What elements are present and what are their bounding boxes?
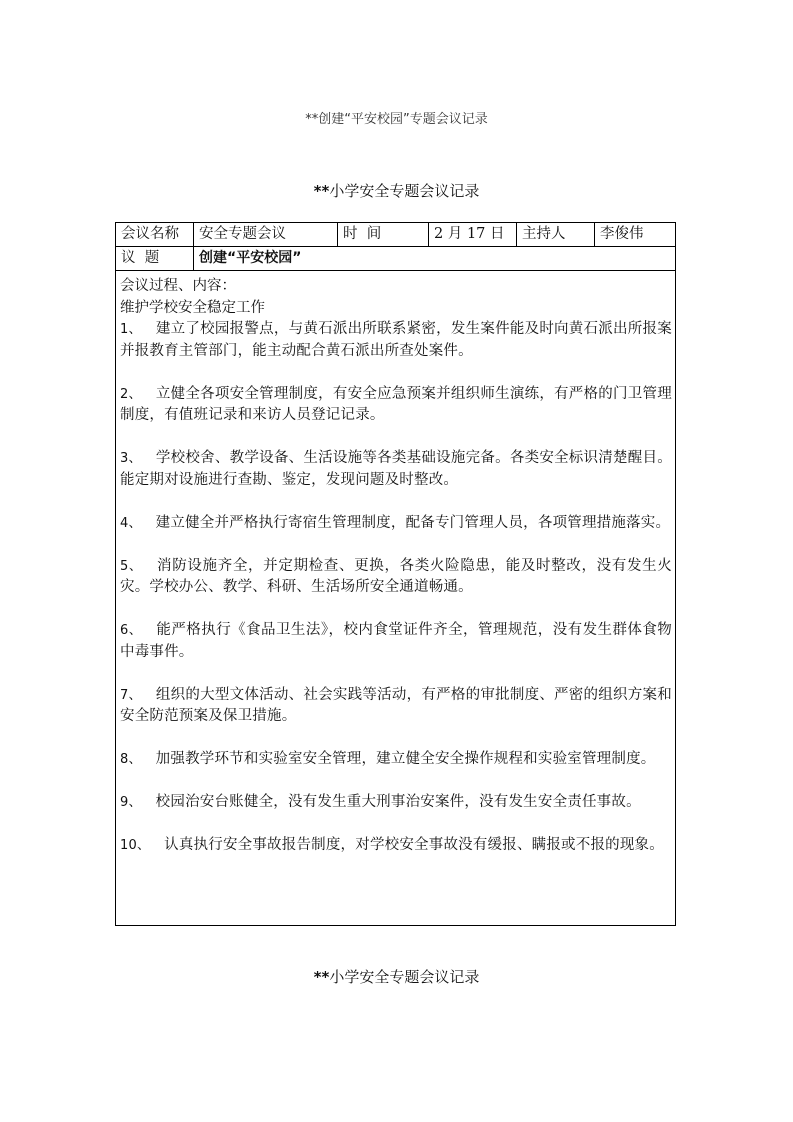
table-row-content: 会议过程、内容： 维护学校安全稳定工作 1、建立了校园报警点，与黄石派出所联系紧… <box>116 271 676 926</box>
title-prefix: ** <box>314 968 330 986</box>
next-page-title: **小学安全专题会议记录 <box>0 966 793 987</box>
table-row-meeting-info: 会议名称 安全专题会议 时 间 2 月 17 日 主持人 李俊伟 <box>116 223 676 247</box>
meeting-name-label: 会议名称 <box>116 223 194 247</box>
list-item: 7、组织的大型文体活动、社会实践等活动，有严格的审批制度、严密的组织方案和安全防… <box>120 685 672 728</box>
list-item: 3、学校校舍、教学设备、生活设施等各类基础设施完备。各类安全标识清楚醒目。能定期… <box>120 448 672 491</box>
subject-label: 议 题 <box>116 247 194 271</box>
list-item: 1、建立了校园报警点，与黄石派出所联系紧密，发生案件能及时向黄石派出所报案并报教… <box>120 319 672 362</box>
list-item: 5、消防设施齐全，并定期检查、更换，各类火险隐患，能及时整改，没有发生火灾。学校… <box>120 556 672 599</box>
content-subheading: 维护学校安全稳定工作 <box>120 298 672 320</box>
title-text: 小学安全专题会议记录 <box>329 968 479 986</box>
table-row-subject: 议 题 创建“平安校园” <box>116 247 676 271</box>
list-item: 6、能严格执行《食品卫生法》，校内食堂证件齐全，管理规范，没有发生群体食物中毒事… <box>120 620 672 663</box>
time-value: 2 月 17 日 <box>429 223 517 247</box>
host-value: 李俊伟 <box>595 223 676 247</box>
list-item: 9、校园治安台账健全，没有发生重大刑事治安案件，没有发生安全责任事故。 <box>120 792 672 814</box>
content-heading: 会议过程、内容： <box>120 276 672 298</box>
meeting-content-cell: 会议过程、内容： 维护学校安全稳定工作 1、建立了校园报警点，与黄石派出所联系紧… <box>116 271 676 926</box>
title-text: 小学安全专题会议记录 <box>329 182 479 200</box>
meeting-name-value: 安全专题会议 <box>194 223 338 247</box>
time-label: 时 间 <box>338 223 429 247</box>
meeting-record-table: 会议名称 安全专题会议 时 间 2 月 17 日 主持人 李俊伟 议 题 创建“… <box>115 222 676 926</box>
subject-value: 创建“平安校园” <box>194 247 676 271</box>
page-header-title: **创建“平安校园”专题会议记录 <box>0 108 793 127</box>
list-item: 4、建立健全并严格执行寄宿生管理制度，配备专门管理人员，各项管理措施落实。 <box>120 513 672 535</box>
title-prefix: ** <box>314 182 330 200</box>
host-label: 主持人 <box>517 223 595 247</box>
document-title: **小学安全专题会议记录 <box>0 180 793 201</box>
list-item: 2、立健全各项安全管理制度，有安全应急预案并组织师生演练，有严格的门卫管理制度，… <box>120 384 672 427</box>
list-item: 8、加强教学环节和实验室安全管理，建立健全安全操作规程和实验室管理制度。 <box>120 749 672 771</box>
list-item: 10、认真执行安全事故报告制度，对学校安全事故没有缓报、瞒报或不报的现象。 <box>120 835 672 857</box>
